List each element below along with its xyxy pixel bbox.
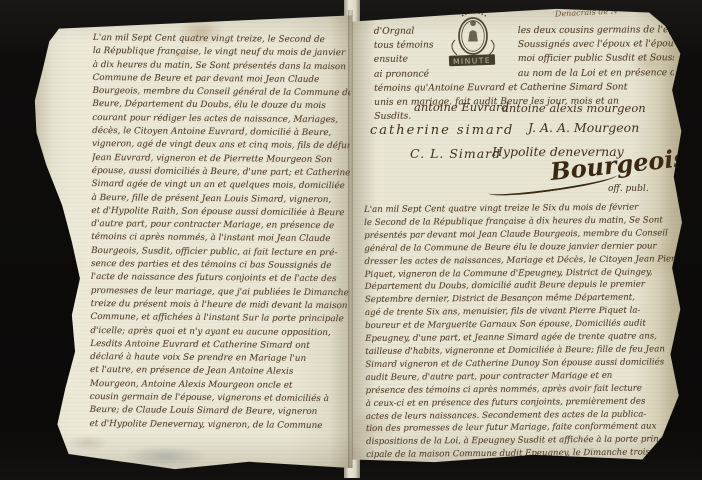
left-page: L'an mil Sept Cent quatre vingt treize, …	[30, 14, 352, 470]
second-act-text: L'an mil Sept Cent quatre vingt treize l…	[364, 201, 676, 462]
line-text: au nom de la Loi et en présence desdits	[518, 67, 674, 79]
signature: Hypolite denevernay	[492, 144, 624, 159]
manuscript-line: cipale de la maison Commune dudit Epeugn…	[366, 447, 676, 463]
line-text: Soussignés avec l'époux et l'épouse,	[518, 38, 674, 50]
manuscript-line: et d'Hypolite Denevernay, vigneron, de l…	[90, 418, 348, 434]
manuscript-line: ensuitemoi officier public Susdit et Sou…	[374, 52, 674, 68]
line-lead: tous témoins	[374, 38, 518, 53]
line-text: unis en mariage. fait audit Beure les jo…	[374, 96, 619, 108]
archive-scan: L'an mil Sept Cent quatre vingt treize, …	[0, 0, 702, 480]
line-lead: ai prononcé	[374, 67, 518, 82]
signature: Bourgeois	[549, 143, 688, 186]
manuscript-line: Simard vigneron et de Catherine Dunoy So…	[365, 356, 675, 372]
manuscript-line: d'Orgnalles deux cousins germains de l'é…	[374, 23, 674, 39]
line-text: moi officier public Susdit et Soussigné	[518, 52, 674, 64]
line-text: les deux cousins germains de l'épouse	[518, 24, 675, 36]
line-text: Susdits.	[374, 111, 411, 122]
stamp-arc-text	[462, 13, 486, 17]
manuscript-line: Susdits.	[374, 108, 674, 124]
left-page-text: L'an mil Sept Cent quatre vingt treize, …	[90, 32, 351, 433]
manuscript-line: ai prononcéau nom de la Loi et en présen…	[374, 66, 674, 82]
manuscript-line: unis en mariage. fait audit Beure les jo…	[374, 94, 674, 110]
signature: catherine simard	[370, 123, 514, 138]
manuscript-line: tous témoinsSoussignés avec l'époux et l…	[374, 37, 674, 53]
fold-crease-shadow	[348, 10, 353, 468]
margin-annotation: Denacrais de N	[555, 6, 618, 18]
signature: off. publ.	[608, 184, 649, 194]
manuscript-line: témoins qu'Antoine Euvrard et Catherine …	[374, 80, 674, 96]
line-lead: ensuite	[374, 52, 518, 67]
line-text: témoins qu'Antoine Euvrard et Catherine …	[374, 81, 627, 93]
signature: C. L. Simard	[410, 146, 501, 161]
closing-paragraph: d'Orgnalles deux cousins germains de l'é…	[374, 23, 675, 124]
line-lead: d'Orgnal	[374, 24, 518, 39]
right-page: Denacrais de N MINUTE d'Orgnalles deux c…	[352, 8, 682, 464]
